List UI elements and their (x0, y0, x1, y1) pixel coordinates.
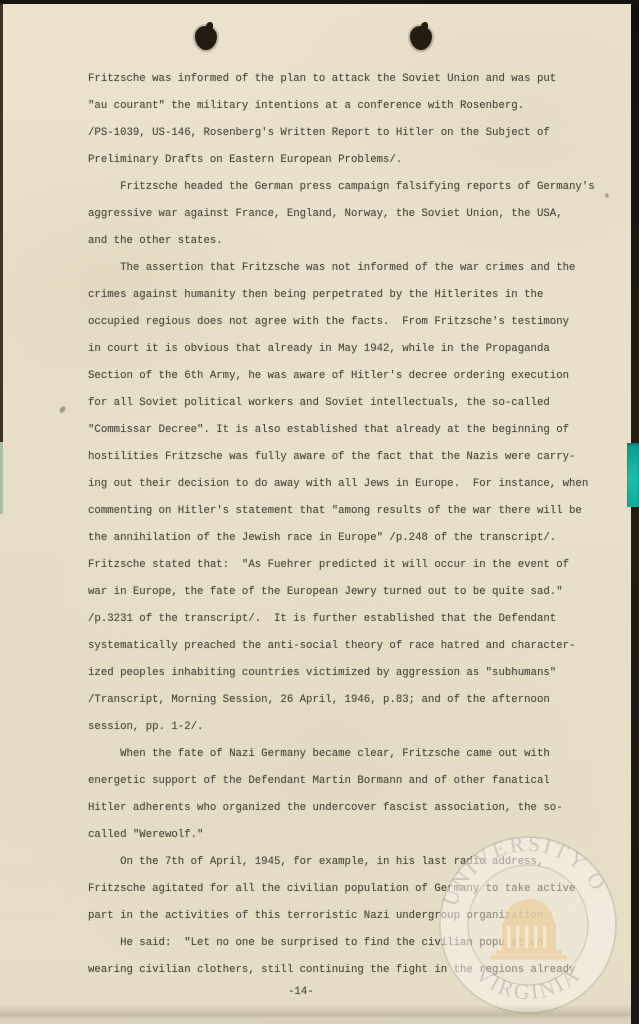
teal-edge-mark (627, 443, 639, 507)
scanned-page: Fritzsche was informed of the plan to at… (0, 0, 639, 1024)
document-body-text: Fritzsche was informed of the plan to at… (88, 66, 595, 984)
scan-edge-left-dark (0, 0, 3, 442)
scan-speck (605, 193, 610, 199)
scan-edge-right (631, 0, 639, 1024)
paper-sheet: Fritzsche was informed of the plan to at… (0, 0, 639, 1024)
punch-hole-right (410, 26, 432, 50)
scan-edge-left-green (0, 442, 3, 514)
page-number: -14- (288, 986, 314, 998)
punch-hole-left (195, 26, 217, 50)
scan-edge-bottom-shadow (0, 1004, 639, 1024)
scan-speck (59, 405, 66, 413)
scan-edge-top (0, 0, 639, 4)
